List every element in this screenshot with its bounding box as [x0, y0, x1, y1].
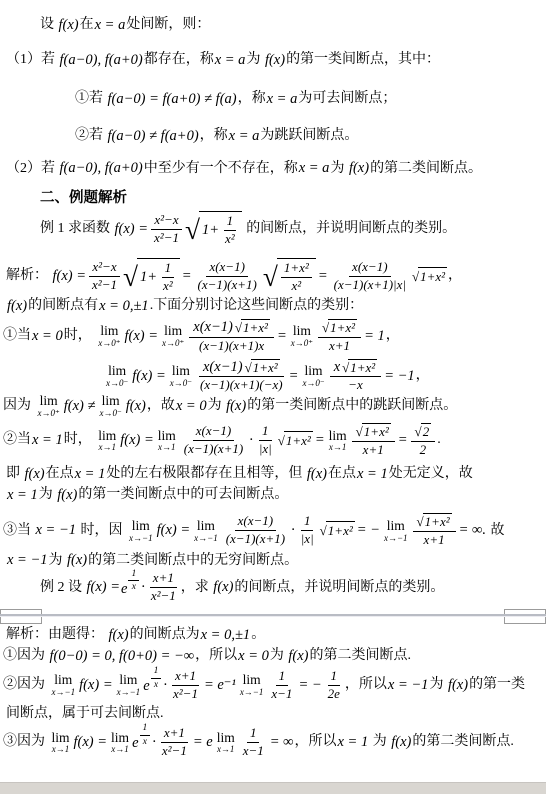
fraction-numerator: x+1: [172, 669, 199, 686]
fraction-numerator: x(x−1)√1+x²: [189, 319, 274, 338]
limit-word: lim: [54, 673, 72, 687]
math-fraction: x(x−1)(x−1)(x+1): [194, 260, 259, 293]
math-run: f(x): [390, 733, 412, 752]
sqrt-content: 1+x²: [423, 513, 452, 530]
math-exp-e: e1x: [132, 730, 151, 754]
fraction-denominator: x²−1: [89, 277, 120, 293]
line-19: 解析：由题得： f(x)的间断点为x = 0,±1。: [6, 626, 546, 645]
math-sqrt: √1+x²: [320, 521, 355, 540]
limit-subscript: x→1: [217, 745, 235, 754]
math-run: x = a: [298, 159, 331, 178]
fraction-denominator: x−1: [268, 686, 295, 702]
line-12: 因为 limx→0⁺f(x) ≠limx→0⁻f(x)，故x = 0为 f(x)…: [3, 394, 546, 418]
math-limit: limx→−1: [117, 673, 141, 697]
text-run: 的第一类间断点，其中：: [286, 51, 440, 69]
math-run: f(a−0) ≠ f(a+0): [107, 127, 200, 146]
fraction-numerator: x(x−1): [235, 514, 276, 531]
text-run: 为: [429, 676, 447, 694]
math-fraction: x²−xx²−1: [89, 260, 120, 293]
math-run: f(x): [58, 16, 80, 35]
fraction-numerator: x(x−1): [206, 260, 247, 277]
sqrt-content: 1+x²x²: [277, 258, 316, 295]
sqrt-content: 1+x²: [241, 319, 270, 336]
math-run: =: [181, 267, 193, 286]
radical-icon: √: [263, 264, 278, 291]
math-limit: limx→0⁻: [106, 364, 128, 388]
math-fraction: 1|x|: [298, 514, 317, 547]
text-run: ，所以: [295, 733, 337, 751]
fraction-denominator: x+1: [421, 532, 448, 548]
fraction-numerator: 1: [301, 514, 314, 531]
math-run: = 1: [363, 327, 386, 346]
fraction-numerator: x²−x: [151, 213, 181, 230]
math-sqrt: √1+x²: [412, 267, 447, 286]
math-limit: limx→1: [52, 731, 70, 755]
math-fraction: √22: [411, 423, 436, 458]
fraction-numerator: 1: [128, 569, 139, 581]
fraction-denominator: x+1: [326, 338, 353, 354]
limit-subscript: x→1: [158, 443, 176, 452]
exp-base: e: [121, 580, 127, 599]
math-fraction: 1+x²x²: [281, 261, 312, 294]
math-run: f(x): [264, 51, 286, 70]
math-run: x = 0: [31, 327, 64, 346]
limit-word: lim: [52, 731, 70, 745]
math-run: ·: [248, 431, 254, 450]
fraction-denominator: x: [129, 581, 139, 592]
text-run: 的间断点有: [28, 297, 98, 315]
math-run: f(a−0), f(a+0): [59, 51, 144, 70]
math-run: =: [397, 431, 409, 450]
fraction-denominator: (x−1)(x+1)(−x): [197, 377, 286, 393]
math-fraction: x(x−1)(x−1)(x+1): [223, 514, 288, 547]
math-sqrt: √1+x²: [342, 359, 377, 376]
math-run: x = a: [228, 127, 261, 146]
sqrt-content: 2: [421, 423, 432, 440]
math-run: ·: [140, 578, 146, 597]
math-run: f(x): [212, 578, 234, 597]
text-run: .: [437, 431, 441, 449]
math-run: =: [276, 327, 288, 346]
text-run: 的第一类: [469, 676, 525, 694]
fraction-denominator: x: [140, 736, 150, 747]
fraction-numerator: x(x−1)√1+x²: [199, 359, 284, 378]
sqrt-content: 1+1x²: [199, 211, 242, 248]
limit-word: lim: [305, 364, 323, 378]
text-run: 的第二类间断点.: [412, 733, 514, 751]
math-run: x = 1: [31, 431, 64, 450]
line-17: x = −1为 f(x)的第二类间断点中的无穷间断点。: [6, 551, 546, 570]
math-run: x = a: [266, 90, 299, 109]
math-run: f(x): [56, 486, 78, 505]
exp-fraction: 1x: [151, 666, 162, 690]
text-run: 处间断，则：: [126, 16, 210, 34]
math-fraction: x(x−1)√1+x²(x−1)(x+1)(−x): [197, 359, 286, 394]
line-08: 解析： f(x) =x²−xx²−1√1+1x²=x(x−1)(x−1)(x+1…: [6, 258, 546, 295]
limit-word: lim: [329, 429, 347, 443]
line-22: 间断点，属于可去间断点.: [6, 705, 546, 723]
fraction-denominator: x²−1: [170, 686, 201, 702]
line-16: ③当 x = −1 时，因 limx→−1f(x) =limx→−1x(x−1)…: [3, 512, 546, 549]
math-run: =: [314, 431, 326, 450]
text-run: 设: [40, 16, 58, 34]
exp-base: e: [132, 734, 138, 753]
fraction-numerator: 1: [162, 261, 175, 278]
math-run: f(x) =: [123, 327, 159, 346]
sqrt-content: 1+x²: [328, 319, 357, 336]
math-run: = −: [356, 521, 381, 540]
math-run: x = 0: [175, 397, 208, 416]
text-run: 在点: [46, 465, 74, 483]
math-limit: limx→0⁺: [162, 324, 184, 348]
text-run: 时，: [64, 431, 96, 449]
text-run: ①当: [3, 327, 31, 345]
limit-word: lim: [158, 429, 176, 443]
text-run: 例 2 设: [40, 579, 86, 597]
math-limit: limx→1: [158, 429, 176, 453]
text-run: 的第一类间断点中的跳跃间断点。: [247, 397, 457, 415]
limit-word: lim: [40, 394, 58, 408]
math-run: f(x): [348, 159, 370, 178]
math-limit: limx→0⁺: [98, 324, 120, 348]
math-limit: limx→0⁻: [99, 394, 121, 418]
line-21: ②因为 limx→−1f(x) =limx→−1e1x·x+1x²−1= e⁻¹…: [3, 668, 546, 703]
text-run: ，称: [238, 90, 266, 108]
fraction-numerator: √2: [411, 423, 436, 442]
math-limit: limx→0⁻: [170, 364, 192, 388]
text-run: 为可去间断点；: [298, 90, 396, 108]
limit-subscript: x→0⁺: [291, 339, 313, 348]
math-run: = e: [192, 733, 214, 752]
sqrt-content: 1+x²: [418, 267, 447, 286]
math-sqrt: √1+x²: [356, 423, 391, 440]
exp-fraction: 1x: [140, 723, 151, 747]
math-limit: limx→−1: [384, 519, 408, 543]
fraction-denominator: (x−1)(x+1)x: [196, 338, 267, 354]
text-run: 时，因: [77, 522, 126, 540]
horizontal-scrollbar-track[interactable]: [0, 782, 546, 794]
math-run: f(x) =: [73, 733, 109, 752]
math-run: f(x): [447, 676, 469, 695]
math-fraction: x√1+x²−x: [330, 359, 382, 394]
math-limit: limx→1: [329, 429, 347, 453]
text-run: 解析：由题得：: [6, 626, 108, 644]
text-run: .下面分别讨论这些间断点的类别：: [150, 297, 364, 315]
fraction-denominator: x²−1: [159, 743, 190, 759]
line-23: ③因为 limx→1f(x) =limx→1e1x·x+1x²−1= elimx…: [3, 725, 546, 760]
limit-subscript: x→−1: [384, 534, 408, 543]
limit-word: lim: [111, 731, 129, 745]
sqrt-content: 1+x²: [326, 521, 355, 540]
line-04: ②若 f(a−0) ≠ f(a+0)，称x = a为跳跃间断点。: [75, 127, 546, 146]
fraction-denominator: x²−1: [148, 588, 179, 604]
math-run: f(x): [6, 297, 28, 316]
sqrt-content: 1+x²: [251, 359, 280, 376]
math-run: x = a: [214, 51, 247, 70]
limit-subscript: x→−1: [52, 688, 76, 697]
page-break-handle-left: [0, 609, 42, 624]
text-run: ，: [386, 327, 400, 345]
fraction-numerator: x+1: [161, 726, 188, 743]
text-run: ②因为: [3, 676, 49, 694]
text-run: 间断点，属于可去间断点.: [6, 705, 164, 723]
limit-word: lim: [217, 731, 235, 745]
math-sqrt: √1+x²: [417, 513, 452, 530]
fraction-numerator: √1+x²: [413, 513, 456, 532]
math-fraction: √1+x²x+1: [318, 319, 361, 354]
math-run: f(x): [125, 397, 147, 416]
math-run: x = 1: [74, 465, 107, 484]
text-run: 为跳跃间断点。: [260, 127, 358, 145]
limit-subscript: x→1: [52, 745, 70, 754]
math-run: ·: [162, 676, 168, 695]
line-13: ②当x = 1时， limx→1f(x) =limx→1x(x−1)(x−1)(…: [3, 422, 546, 459]
fraction-numerator: x²−x: [89, 260, 119, 277]
text-run: 的间断点，并说明间断点的类别。: [243, 220, 457, 238]
math-run: x(x−1): [192, 319, 234, 336]
math-sqrt: √1+x²x²: [263, 258, 316, 295]
line-02: （1）若 f(a−0), f(a+0)都存在，称x = a为 f(x)的第一类间…: [6, 51, 546, 70]
fraction-denominator: |x|: [298, 531, 317, 547]
fraction-denominator: x: [151, 679, 161, 690]
math-limit: limx→1: [98, 429, 116, 453]
limit-subscript: x→−1: [240, 688, 264, 697]
math-run: =: [317, 267, 329, 286]
math-run: ·: [290, 521, 296, 540]
limit-word: lim: [387, 519, 405, 533]
math-run: = ∞: [269, 733, 295, 752]
text-run: 为: [246, 51, 264, 69]
fraction-denominator: x²: [289, 278, 305, 294]
text-run: 为: [208, 397, 226, 415]
math-run: f(x) ≠: [63, 397, 97, 416]
fraction-numerator: 1: [140, 723, 151, 735]
math-run: x = −1: [387, 676, 430, 695]
limit-subscript: x→0⁺: [38, 409, 60, 418]
line-14: 即 f(x)在点x = 1处的左右极限都存在且相等，但 f(x)在点x = 1处…: [6, 465, 546, 484]
line-07: 例 1 求函数 f(x) =x²−xx²−1√1+1x² 的间断点，并说明间断点…: [40, 211, 546, 248]
math-run: =: [288, 367, 300, 386]
text-run: ，: [416, 367, 430, 385]
math-run: x = 1: [6, 486, 39, 505]
text-run: ，求: [181, 579, 213, 597]
limit-subscript: x→0⁺: [98, 339, 120, 348]
text-run: 的间断点为: [130, 626, 200, 644]
math-run: = −: [297, 676, 322, 695]
fraction-numerator: 1: [276, 669, 289, 686]
limit-subscript: x→0⁻: [99, 409, 121, 418]
math-run: = e⁻¹: [203, 676, 237, 695]
math-run: x = −1: [35, 521, 78, 540]
fraction-denominator: −x: [345, 377, 366, 393]
line-18: 例 2 设 f(x) =e1x·x+1x²−1，求 f(x)的间断点，并说明间断…: [40, 570, 546, 605]
math-sqrt: √1+1x²: [123, 258, 180, 295]
fraction-numerator: x√1+x²: [330, 359, 382, 378]
fraction-numerator: 1: [151, 666, 162, 678]
math-run: f(x) =: [119, 431, 155, 450]
page-break-line: [0, 614, 546, 616]
text-run: ，所以: [345, 676, 387, 694]
fraction-numerator: x+1: [150, 571, 177, 588]
limit-subscript: x→1: [111, 745, 129, 754]
math-fraction: x(x−1)√1+x²(x−1)(x+1)x: [189, 319, 274, 354]
line-15: x = 1为 f(x)的第一类间断点中的可去间断点。: [6, 486, 546, 505]
fraction-numerator: √1+x²: [318, 319, 361, 338]
fraction-denominator: x²: [222, 231, 238, 247]
fraction-denominator: 2e: [325, 686, 343, 702]
line-11: limx→0⁻f(x) =limx→0⁻x(x−1)√1+x²(x−1)(x+1…: [103, 358, 546, 395]
limit-subscript: x→−1: [129, 534, 153, 543]
math-run: x = 0,±1: [98, 297, 150, 316]
limit-word: lim: [132, 519, 150, 533]
math-run: f(x): [24, 465, 46, 484]
text-run: 二、例题解析: [40, 189, 127, 208]
text-run: 为: [39, 486, 57, 504]
limit-subscript: x→0⁻: [302, 379, 324, 388]
math-exp-e: e1x: [121, 576, 140, 600]
text-run: 即: [6, 465, 24, 483]
math-run: x = a: [94, 16, 127, 35]
math-fraction: x+1x²−1: [159, 726, 190, 759]
math-fraction: √1+x²x+1: [413, 513, 456, 548]
math-limit: limx→−1: [194, 519, 218, 543]
math-run: f(x) =: [78, 676, 114, 695]
math-sqrt: √1+x²: [322, 319, 357, 336]
limit-word: lim: [108, 364, 126, 378]
math-sqrt: √1+x²: [235, 319, 270, 336]
limit-word: lim: [119, 673, 137, 687]
line-20: ①因为 f(0−0) = 0, f(0+0) = −∞，所以x = 0为 f(x…: [3, 647, 546, 666]
math-run: f(x) =: [131, 367, 167, 386]
fraction-numerator: x(x−1): [193, 424, 234, 441]
math-run: x = 1: [337, 733, 370, 752]
math-run: x: [333, 359, 341, 376]
math-fraction: x(x−1)(x−1)(x+1): [181, 424, 246, 457]
math-fraction: x(x−1)(x−1)(x+1)|x|: [331, 260, 409, 293]
math-sqrt: √1+x²: [278, 431, 313, 450]
text-run: 在: [80, 16, 94, 34]
math-run: f(a−0) = f(a+0) ≠ f(a): [107, 90, 238, 109]
math-run: ·: [151, 733, 157, 752]
fraction-numerator: 1: [328, 669, 341, 686]
text-run: 的第二类间断点。: [370, 160, 482, 178]
sqrt-content: 1+x²: [348, 359, 377, 376]
limit-word: lim: [98, 429, 116, 443]
text-run: ③当: [3, 522, 35, 540]
text-run: 都存在，称: [144, 51, 214, 69]
text-run: ①若: [75, 90, 107, 108]
radical-icon: √: [185, 217, 200, 244]
text-run: 为: [369, 733, 390, 751]
fraction-denominator: (x−1)(x+1): [181, 441, 246, 457]
math-fraction: 1x−1: [268, 669, 295, 702]
fraction-numerator: 1: [247, 726, 260, 743]
limit-subscript: x→−1: [194, 534, 218, 543]
math-run: x(x−1): [202, 359, 244, 376]
text-run: 中至少有一个不存在，称: [144, 160, 298, 178]
text-run: ，: [448, 267, 462, 285]
math-fraction: 1x−1: [240, 726, 267, 759]
math-limit: limx→1: [111, 731, 129, 755]
limit-word: lim: [197, 519, 215, 533]
text-run: 例 1 求函数: [40, 220, 114, 238]
text-run: 处的左右极限都存在且相等，但: [106, 465, 306, 483]
line-06: 二、例题解析: [40, 189, 546, 208]
fraction-numerator: √1+x²: [352, 423, 395, 442]
text-run: 故: [487, 522, 505, 540]
text-run: （1）若: [6, 51, 59, 69]
limit-subscript: x→0⁻: [170, 379, 192, 388]
fraction-numerator: 1: [224, 214, 237, 231]
math-fraction: 12e: [325, 669, 343, 702]
fraction-denominator: (x−1)(x+1): [194, 277, 259, 293]
line-01: 设 f(x)在x = a处间断，则：: [40, 16, 546, 35]
math-limit: limx→0⁺: [291, 324, 313, 348]
math-fraction: x²−xx²−1: [151, 213, 182, 246]
text-run: 的第二类间断点.: [310, 647, 412, 665]
math-limit: limx→−1: [52, 673, 76, 697]
text-run: ，称: [200, 127, 228, 145]
math-run: = −1: [383, 367, 415, 386]
text-run: 因为: [3, 397, 35, 415]
text-run: 为: [49, 552, 67, 570]
text-run: ②若: [75, 127, 107, 145]
line-09: f(x)的间断点有x = 0,±1.下面分别讨论这些间断点的类别：: [6, 297, 546, 316]
text-run: ③因为: [3, 733, 49, 751]
text-run: 的间断点，并说明间断点的类别。: [234, 579, 444, 597]
text-run: 为: [270, 647, 288, 665]
fraction-denominator: (x−1)(x+1): [223, 531, 288, 547]
limit-word: lim: [102, 394, 120, 408]
document-body: 设 f(x)在x = a处间断，则：（1）若 f(a−0), f(a+0)都存在…: [0, 0, 546, 760]
math-run: f(x): [306, 465, 328, 484]
text-run: 的第一类间断点中的可去间断点。: [78, 486, 288, 504]
limit-subscript: x→1: [98, 443, 116, 452]
math-run: x = 1: [356, 465, 389, 484]
math-fraction: x+1x²−1: [170, 669, 201, 702]
text-run: ②当: [3, 431, 31, 449]
limit-word: lim: [172, 364, 190, 378]
limit-subscript: x→0⁺: [162, 339, 184, 348]
exp-fraction: 1x: [128, 569, 139, 593]
limit-word: lim: [293, 324, 311, 338]
line-10: ①当x = 0时， limx→0⁺f(x) =limx→0⁺x(x−1)√1+x…: [3, 318, 546, 355]
fraction-denominator: x+1: [360, 442, 387, 458]
math-run: f(x) =: [156, 521, 192, 540]
math-limit: limx→0⁻: [302, 364, 324, 388]
page-break: [0, 607, 546, 624]
math-sqrt: √2: [415, 423, 432, 440]
line-03: ①若 f(a−0) = f(a+0) ≠ f(a)，称x = a为可去间断点；: [75, 90, 546, 109]
math-fraction: 1x²: [222, 214, 238, 247]
math-run: f(0−0) = 0, f(0+0) = −∞: [49, 647, 196, 666]
math-run: x = 0: [237, 647, 270, 666]
math-run: f(x): [108, 626, 130, 645]
math-run: x = −1: [6, 551, 49, 570]
limit-word: lim: [243, 673, 261, 687]
limit-subscript: x→−1: [117, 688, 141, 697]
math-exp-e: e1x: [143, 673, 162, 697]
text-run: 。: [251, 626, 265, 644]
math-run: f(x) =: [52, 267, 88, 286]
math-run: f(a−0), f(a+0): [59, 159, 144, 178]
limit-word: lim: [100, 324, 118, 338]
math-sqrt: √1+1x²: [185, 211, 242, 248]
limit-subscript: x→1: [329, 443, 347, 452]
math-run: = ∞.: [458, 521, 487, 540]
fraction-denominator: 2: [417, 442, 430, 458]
radical-icon: √: [123, 264, 138, 291]
